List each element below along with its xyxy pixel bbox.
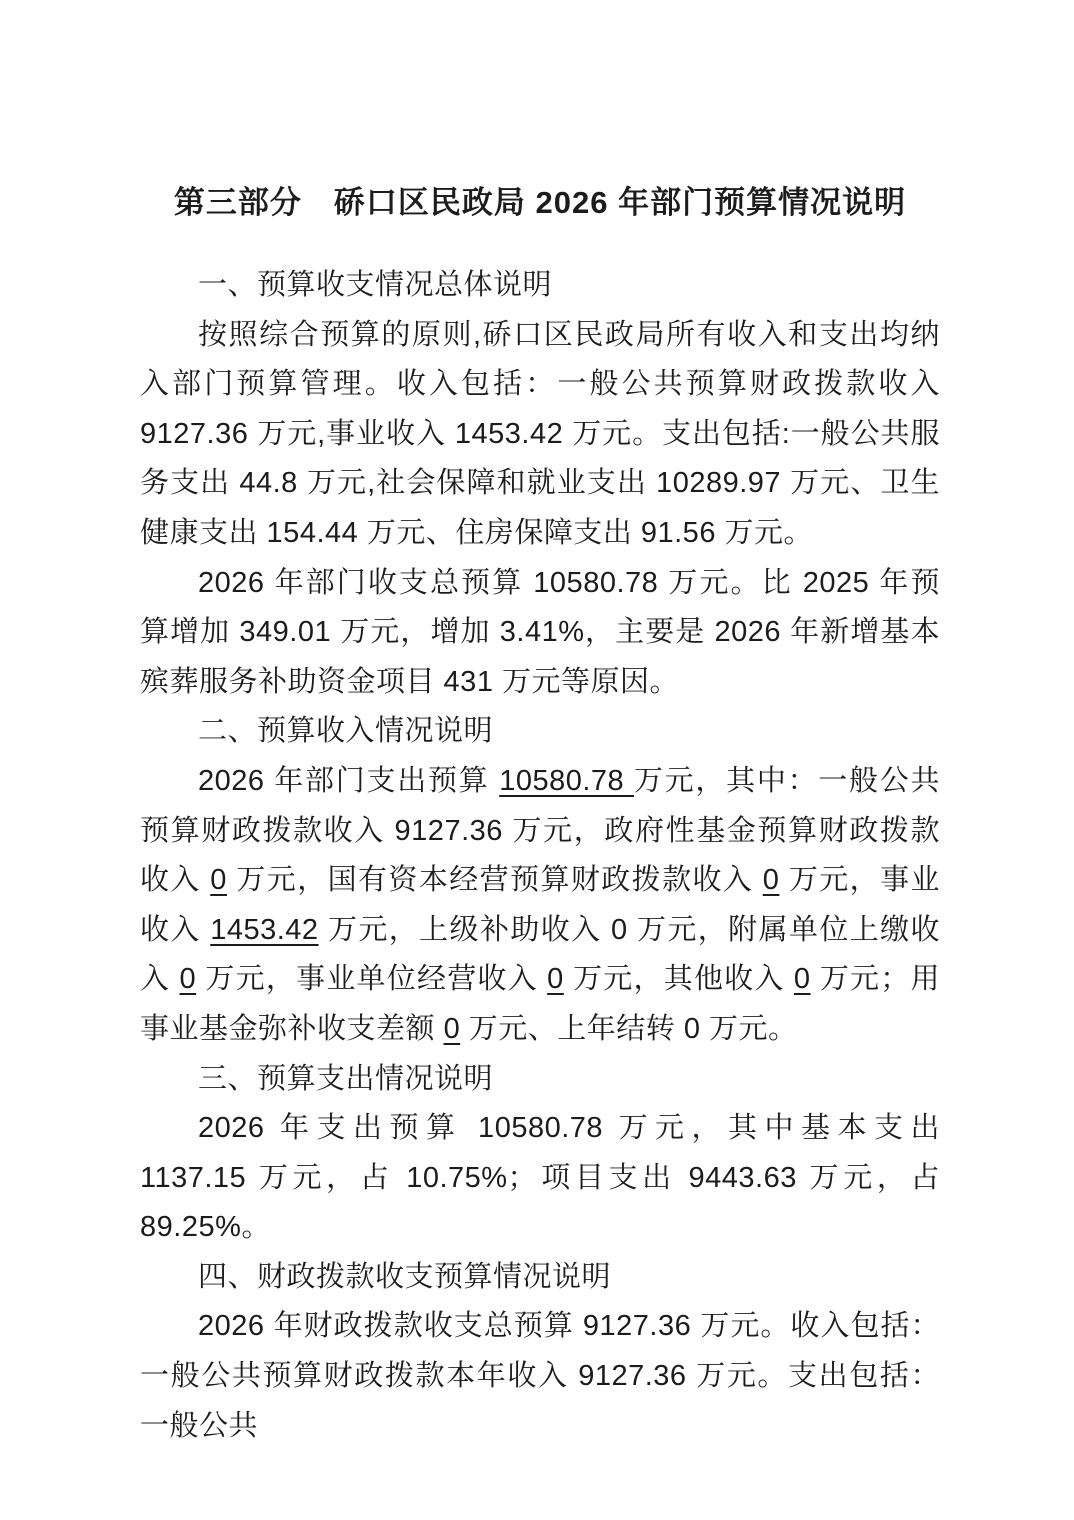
underlined-value: 0 — [547, 963, 564, 995]
text-segment: 万元，国有资本经营预算财政拨款收入 — [227, 864, 763, 896]
para-overall-budget: 按照综合预算的原则,硚口区民政局所有收入和支出均纳入部门预算管理。收入包括：一般… — [140, 311, 940, 559]
text-segment: 万元、上年结转 0 万元。 — [460, 1013, 797, 1045]
text-segment: 二、预算收入情况说明 — [198, 715, 493, 747]
text-segment: 一、预算收支情况总体说明 — [198, 269, 552, 301]
section-4-heading: 四、财政拨款收支预算情况说明 — [140, 1253, 940, 1303]
text-segment: 四、财政拨款收支预算情况说明 — [198, 1261, 611, 1293]
underlined-value: 0 — [794, 963, 811, 995]
section-1-heading: 一、预算收支情况总体说明 — [140, 261, 940, 311]
underlined-value: 0 — [210, 864, 227, 896]
document-body: 一、预算收支情况总体说明按照综合预算的原则,硚口区民政局所有收入和支出均纳入部门… — [140, 261, 940, 1451]
underlined-value: 10580.78 — [499, 765, 634, 797]
para-total-change: 2026 年部门收支总预算 10580.78 万元。比 2025 年预算增加 3… — [140, 559, 940, 708]
text-segment: 三、预算支出情况说明 — [198, 1063, 493, 1095]
text-segment: 2026 年支出预算 10580.78 万元，其中基本支出 1137.15 万元… — [140, 1112, 940, 1243]
para-expenditure-detail: 2026 年支出预算 10580.78 万元，其中基本支出 1137.15 万元… — [140, 1104, 940, 1253]
text-segment: 按照综合预算的原则,硚口区民政局所有收入和支出均纳入部门预算管理。收入包括：一般… — [140, 319, 940, 549]
text-segment: 2026 年部门支出预算 — [198, 765, 499, 797]
underlined-value: 0 — [444, 1013, 461, 1045]
underlined-value: 0 — [763, 864, 780, 896]
text-segment: 2026 年部门收支总预算 10580.78 万元。比 2025 年预算增加 3… — [140, 567, 940, 698]
underlined-value: 1453.42 — [210, 914, 318, 946]
text-segment: 2026 年财政拨款收支总预算 9127.36 万元。收入包括：一般公共预算财政… — [140, 1310, 940, 1441]
text-segment: 万元，事业单位经营收入 — [196, 963, 547, 995]
document-title: 第三部分 硚口区民政局 2026 年部门预算情况说明 — [140, 183, 940, 223]
para-income-detail: 2026 年部门支出预算 10580.78 万元，其中：一般公共预算财政拨款收入… — [140, 757, 940, 1055]
document-page: 第三部分 硚口区民政局 2026 年部门预算情况说明 一、预算收支情况总体说明按… — [0, 0, 1074, 1520]
section-2-heading: 二、预算收入情况说明 — [140, 707, 940, 757]
para-fiscal-appropriation: 2026 年财政拨款收支总预算 9127.36 万元。收入包括：一般公共预算财政… — [140, 1302, 940, 1451]
section-3-heading: 三、预算支出情况说明 — [140, 1055, 940, 1105]
underlined-value: 0 — [180, 963, 197, 995]
text-segment: 万元，其他收入 — [564, 963, 794, 995]
